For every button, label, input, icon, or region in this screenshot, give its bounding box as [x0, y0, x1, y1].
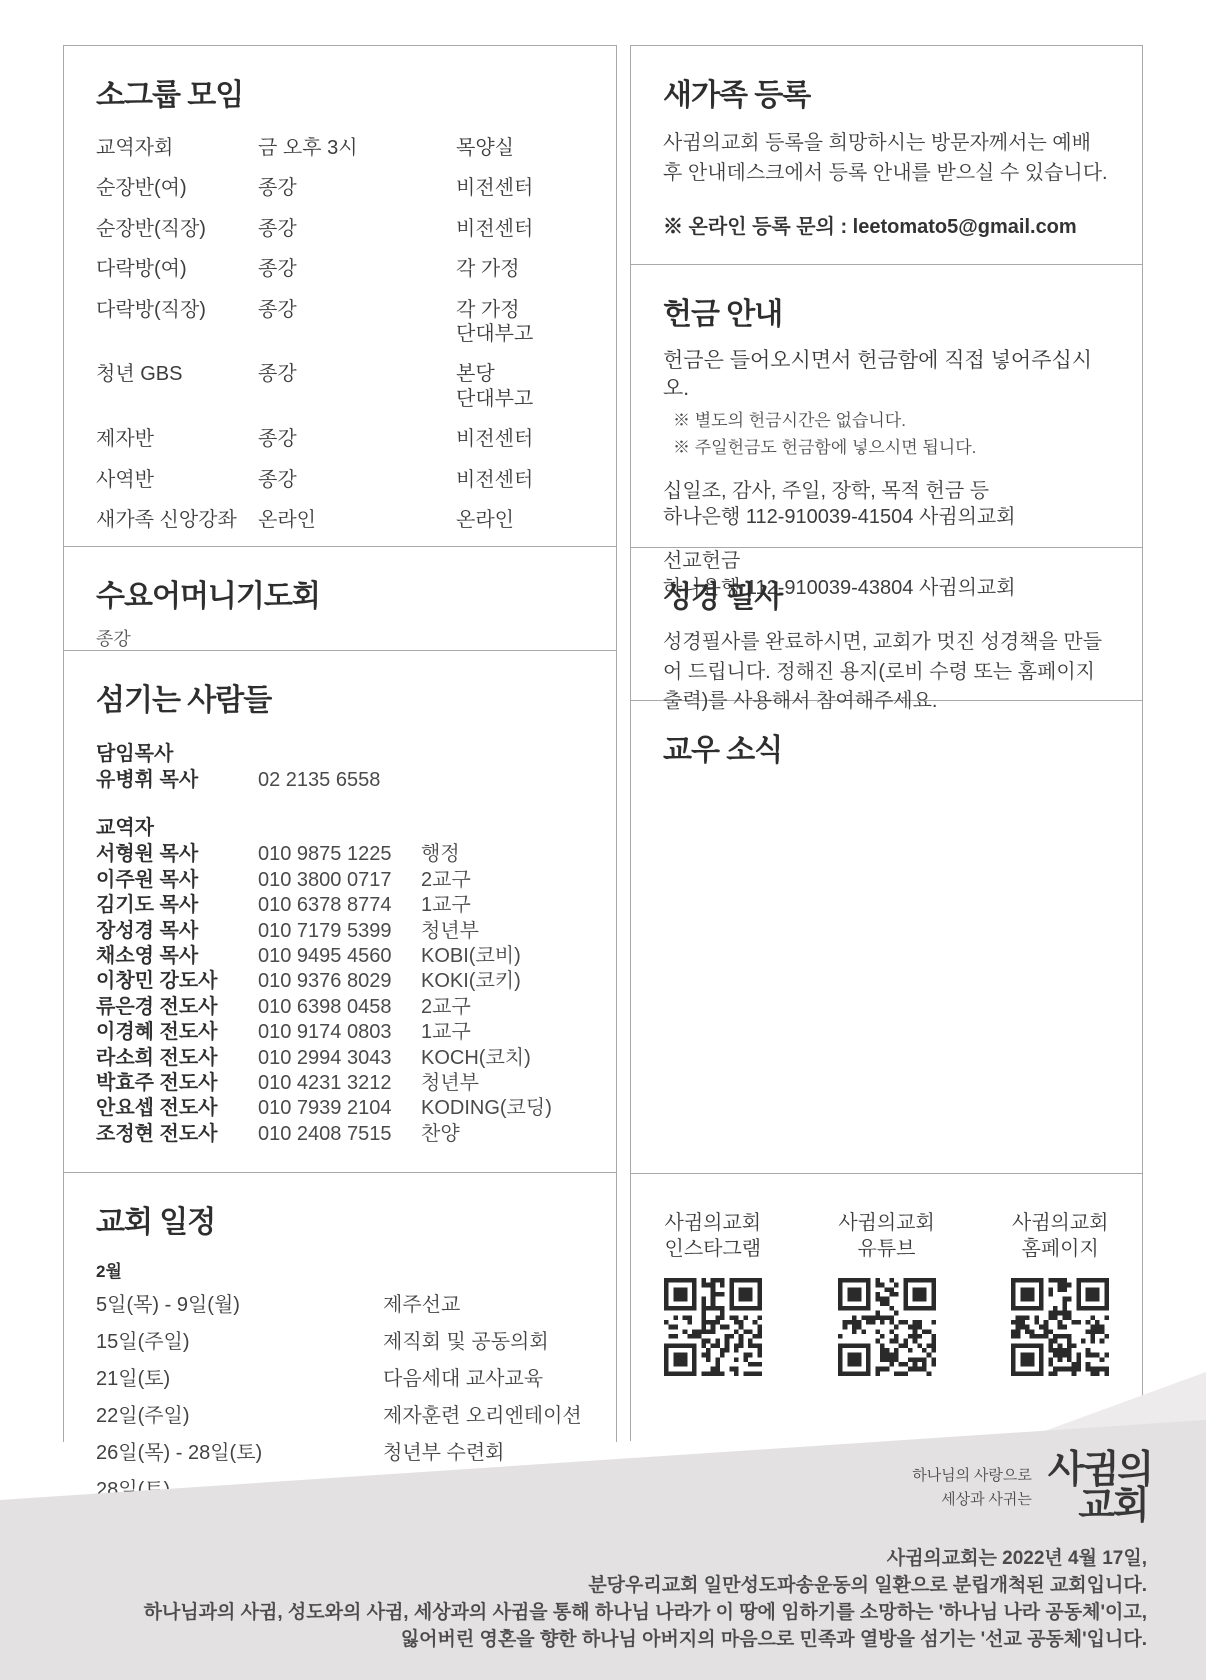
group-place: 각 가정 단대부고: [456, 298, 584, 347]
staff-phone: 010 7939 2104: [258, 1096, 421, 1121]
section-member-news: 교우 소식: [630, 700, 1143, 1174]
left-column: 소그룹 모임 교역자회 금 오후 3시 목양실 순장반(여) 종강 비전센터 순…: [63, 45, 617, 1442]
staff-row: 류은경 전도사 010 6398 0458 2교구: [96, 995, 584, 1020]
section-wednesday-prayer: 수요어머니기도회 종강: [63, 546, 617, 651]
schedule-event: 제주선교: [383, 1292, 584, 1318]
staff-duty: KOBI(코비): [421, 944, 584, 969]
section-qr-links: 사귐의교회 인스타그램 사귐의교회 유튜브 사귐의교회 홈페이지: [630, 1173, 1143, 1441]
online-registration-note: ※ 온라인 등록 문의 : leetomato5@gmail.com: [663, 210, 1110, 239]
staff-name: 박효주 전도사: [96, 1071, 258, 1096]
staff-duty: 청년부: [421, 919, 584, 944]
section-offering: 헌금 안내 헌금은 들어오시면서 헌금함에 직접 넣어주십시오. ※ 별도의 헌…: [630, 264, 1143, 548]
qr-row: 사귐의교회 인스타그램 사귐의교회 유튜브 사귐의교회 홈페이지: [647, 1198, 1126, 1376]
group-time: 종강: [258, 257, 456, 281]
church-description: 사귐의교회는 2022년 4월 17일, 분당우리교회 일만성도파송운동의 일환…: [144, 1545, 1147, 1654]
staff-duty: 찬양: [421, 1122, 584, 1147]
staff-duty: KOKI(코키): [421, 969, 584, 994]
schedule-row: 22일(주일) 제자훈련 오리엔테이션: [96, 1403, 584, 1429]
schedule-event: 제자훈련 오리엔테이션: [383, 1403, 584, 1429]
group-time: 종강: [258, 468, 456, 492]
staff-row: 서형원 목사 010 9875 1225 행정: [96, 842, 584, 867]
section-schedule: 교회 일정 2월 5일(목) - 9일(월) 제주선교 15일(주일) 제직회 …: [63, 1172, 617, 1442]
group-time: 금 오후 3시: [258, 136, 456, 160]
logo-tagline-line: 세상과 사귀는: [912, 1488, 1032, 1512]
schedule-event: 다음세대 교사교육: [383, 1366, 584, 1392]
staff-name: 조정현 전도사: [96, 1122, 258, 1147]
staff-duty: 1교구: [421, 893, 584, 918]
qr-label: 사귐의교회 홈페이지: [1012, 1210, 1109, 1262]
logo-wordmark: 사귐의 교회: [1048, 1452, 1152, 1524]
staff-row: 장성경 목사 010 7179 5399 청년부: [96, 919, 584, 944]
staff-duty: 청년부: [421, 1071, 584, 1096]
logo-tagline: 하나님의 사랑으로 세상과 사귀는: [912, 1464, 1032, 1512]
offering-note: ※ 주일헌금도 헌금함에 넣으시면 됩니다.: [673, 437, 1110, 460]
account-number: 하나은행 112-910039-41504 사귐의교회: [663, 504, 1110, 530]
staff-row: 조정현 전도사 010 2408 7515 찬양: [96, 1122, 584, 1147]
staff-duty: [421, 768, 584, 793]
staff-phone: 010 9495 4560: [258, 944, 421, 969]
qr-code-icon: [664, 1278, 762, 1376]
qr-item-youtube: 사귐의교회 유튜브: [821, 1210, 953, 1376]
offering-lead: 헌금은 들어오시면서 헌금함에 직접 넣어주십시오.: [663, 347, 1110, 404]
group-time: 종강: [258, 176, 456, 200]
right-column: 새가족 등록 사귐의교회 등록을 희망하시는 방문자께서는 예배 후 안내데스크…: [630, 45, 1143, 1441]
group-place: 비전센터: [456, 468, 584, 492]
section-title: 수요어머니기도회: [96, 571, 584, 615]
staff-duty: 행정: [421, 842, 584, 867]
staff-row: 이주원 목사 010 3800 0717 2교구: [96, 868, 584, 893]
group-name: 제자반: [96, 427, 258, 451]
section-title: 새가족 등록: [663, 70, 1110, 114]
group-time: 종강: [258, 427, 456, 451]
group-place: 비전센터: [456, 176, 584, 200]
table-row: 순장반(여) 종강 비전센터: [96, 176, 584, 200]
description-line: 잃어버린 영혼을 향한 하나님 아버지의 마음으로 민족과 열방을 섬기는 '선…: [144, 1626, 1147, 1653]
staff-row: 채소영 목사 010 9495 4560 KOBI(코비): [96, 944, 584, 969]
group-name: 교역자회: [96, 136, 258, 160]
table-row: 새가족 신앙강좌 온라인 온라인: [96, 508, 584, 532]
staff-duty: 2교구: [421, 868, 584, 893]
staff-phone: 010 4231 3212: [258, 1071, 421, 1096]
staff-row: 김기도 목사 010 6378 8774 1교구: [96, 893, 584, 918]
staff-phone: 010 7179 5399: [258, 919, 421, 944]
staff-name: 장성경 목사: [96, 919, 258, 944]
table-row: 제자반 종강 비전센터: [96, 427, 584, 451]
schedule-event: 청년부 수련회: [383, 1440, 584, 1466]
staff-name: 이경혜 전도사: [96, 1020, 258, 1045]
qr-item-instagram: 사귐의교회 인스타그램: [647, 1210, 779, 1376]
offering-account: 십일조, 감사, 주일, 장학, 목적 헌금 등 하나은행 112-910039…: [663, 478, 1110, 531]
schedule-date: 21일(토): [96, 1366, 383, 1392]
account-label: 십일조, 감사, 주일, 장학, 목적 헌금 등: [663, 478, 1110, 504]
group-name: 순장반(직장): [96, 217, 258, 241]
staff-name: 류은경 전도사: [96, 995, 258, 1020]
schedule-date: 5일(목) - 9일(월): [96, 1292, 383, 1318]
staff-phone: 010 3800 0717: [258, 868, 421, 893]
section-title: 섬기는 사람들: [96, 675, 584, 719]
schedule-row: 5일(목) - 9일(월) 제주선교: [96, 1292, 584, 1318]
section-servants: 섬기는 사람들 담임목사 유병휘 목사 02 2135 6558 교역자 서형원…: [63, 650, 617, 1173]
qr-label: 사귐의교회 유튜브: [838, 1210, 935, 1262]
group-place: 온라인: [456, 508, 584, 532]
table-row: 사역반 종강 비전센터: [96, 468, 584, 492]
staff-duty: 2교구: [421, 995, 584, 1020]
staff-name: 안요셉 전도사: [96, 1096, 258, 1121]
schedule-date: 15일(주일): [96, 1329, 383, 1355]
description-line: 분당우리교회 일만성도파송운동의 일환으로 분립개척된 교회입니다.: [144, 1572, 1147, 1599]
section-new-family: 새가족 등록 사귐의교회 등록을 희망하시는 방문자께서는 예배 후 안내데스크…: [630, 45, 1143, 265]
schedule-month: 2월: [96, 1257, 584, 1282]
qr-code-icon: [1011, 1278, 1109, 1376]
section-title: 교회 일정: [96, 1197, 584, 1241]
section-title: 소그룹 모임: [96, 70, 584, 114]
prayer-status: 종강: [96, 625, 584, 651]
section-title: 교우 소식: [663, 725, 1110, 769]
group-name: 청년 GBS: [96, 362, 258, 411]
table-row: 다락방(여) 종강 각 가정: [96, 257, 584, 281]
staff-name: 이주원 목사: [96, 868, 258, 893]
schedule-date: 22일(주일): [96, 1403, 383, 1429]
church-logo: 하나님의 사랑으로 세상과 사귀는 사귐의 교회: [912, 1452, 1152, 1524]
staff-duty: 1교구: [421, 1020, 584, 1045]
staff-name: 서형원 목사: [96, 842, 258, 867]
logo-line: 교회: [1048, 1488, 1152, 1524]
logo-tagline-line: 하나님의 사랑으로: [912, 1464, 1032, 1488]
staff-name: 채소영 목사: [96, 944, 258, 969]
group-place: 비전센터: [456, 217, 584, 241]
staff-name: 이창민 강도사: [96, 969, 258, 994]
table-row: 청년 GBS 종강 본당 단대부고: [96, 362, 584, 411]
table-row: 다락방(직장) 종강 각 가정 단대부고: [96, 298, 584, 347]
staff-row: 라소희 전도사 010 2994 3043 KOCH(코치): [96, 1046, 584, 1071]
group-name: 다락방(여): [96, 257, 258, 281]
staff-row: 박효주 전도사 010 4231 3212 청년부: [96, 1071, 584, 1096]
description-line: 사귐의교회는 2022년 4월 17일,: [144, 1545, 1147, 1572]
staff-phone: 010 6378 8774: [258, 893, 421, 918]
staff-phone: 02 2135 6558: [258, 768, 421, 793]
schedule-row: 26일(목) - 28일(토) 청년부 수련회: [96, 1440, 584, 1466]
group-place: 각 가정: [456, 257, 584, 281]
staff-phone: 010 9174 0803: [258, 1020, 421, 1045]
new-family-body: 사귐의교회 등록을 희망하시는 방문자께서는 예배 후 안내데스크에서 등록 안…: [663, 128, 1110, 188]
group-place: 목양실: [456, 136, 584, 160]
staff-name: 유병휘 목사: [96, 768, 258, 793]
staff-row: 유병휘 목사 02 2135 6558: [96, 768, 584, 793]
group-name: 새가족 신앙강좌: [96, 508, 258, 532]
staff-row: 안요셉 전도사 010 7939 2104 KODING(코딩): [96, 1096, 584, 1121]
staff-row: 이경혜 전도사 010 9174 0803 1교구: [96, 1020, 584, 1045]
group-time: 종강: [258, 362, 456, 411]
offering-note: ※ 별도의 헌금시간은 없습니다.: [673, 410, 1110, 433]
staff-name: 라소희 전도사: [96, 1046, 258, 1071]
bulletin-page: 소그룹 모임 교역자회 금 오후 3시 목양실 순장반(여) 종강 비전센터 순…: [0, 0, 1206, 1680]
staff-phone: 010 2994 3043: [258, 1046, 421, 1071]
role-heading: 담임목사: [96, 737, 584, 766]
table-row: 순장반(직장) 종강 비전센터: [96, 217, 584, 241]
group-place: 본당 단대부고: [456, 362, 584, 411]
staff-phone: 010 2408 7515: [258, 1122, 421, 1147]
group-name: 순장반(여): [96, 176, 258, 200]
section-small-groups: 소그룹 모임 교역자회 금 오후 3시 목양실 순장반(여) 종강 비전센터 순…: [63, 45, 617, 547]
staff-phone: 010 9376 8029: [258, 969, 421, 994]
qr-label: 사귐의교회 인스타그램: [665, 1210, 762, 1262]
staff-row: 이창민 강도사 010 9376 8029 KOKI(코키): [96, 969, 584, 994]
qr-item-homepage: 사귐의교회 홈페이지: [994, 1210, 1126, 1376]
schedule-event: 제직회 및 공동의회: [383, 1329, 584, 1355]
group-time: 종강: [258, 298, 456, 347]
staff-duty: KOCH(코치): [421, 1046, 584, 1071]
qr-code-icon: [838, 1278, 936, 1376]
group-place: 비전센터: [456, 427, 584, 451]
section-title: 헌금 안내: [663, 289, 1110, 333]
table-row: 교역자회 금 오후 3시 목양실: [96, 136, 584, 160]
group-time: 온라인: [258, 508, 456, 532]
staff-phone: 010 6398 0458: [258, 995, 421, 1020]
staff-name: 김기도 목사: [96, 893, 258, 918]
staff-duty: KODING(코딩): [421, 1096, 584, 1121]
group-name: 다락방(직장): [96, 298, 258, 347]
schedule-row: 21일(토) 다음세대 교사교육: [96, 1366, 584, 1392]
group-name: 사역반: [96, 468, 258, 492]
role-heading: 교역자: [96, 811, 584, 840]
group-time: 종강: [258, 217, 456, 241]
description-line: 하나님과의 사귐, 성도와의 사귐, 세상과의 사귐을 통해 하나님 나라가 이…: [144, 1599, 1147, 1626]
schedule-row: 15일(주일) 제직회 및 공동의회: [96, 1329, 584, 1355]
staff-phone: 010 9875 1225: [258, 842, 421, 867]
schedule-date: 26일(목) - 28일(토): [96, 1440, 383, 1466]
